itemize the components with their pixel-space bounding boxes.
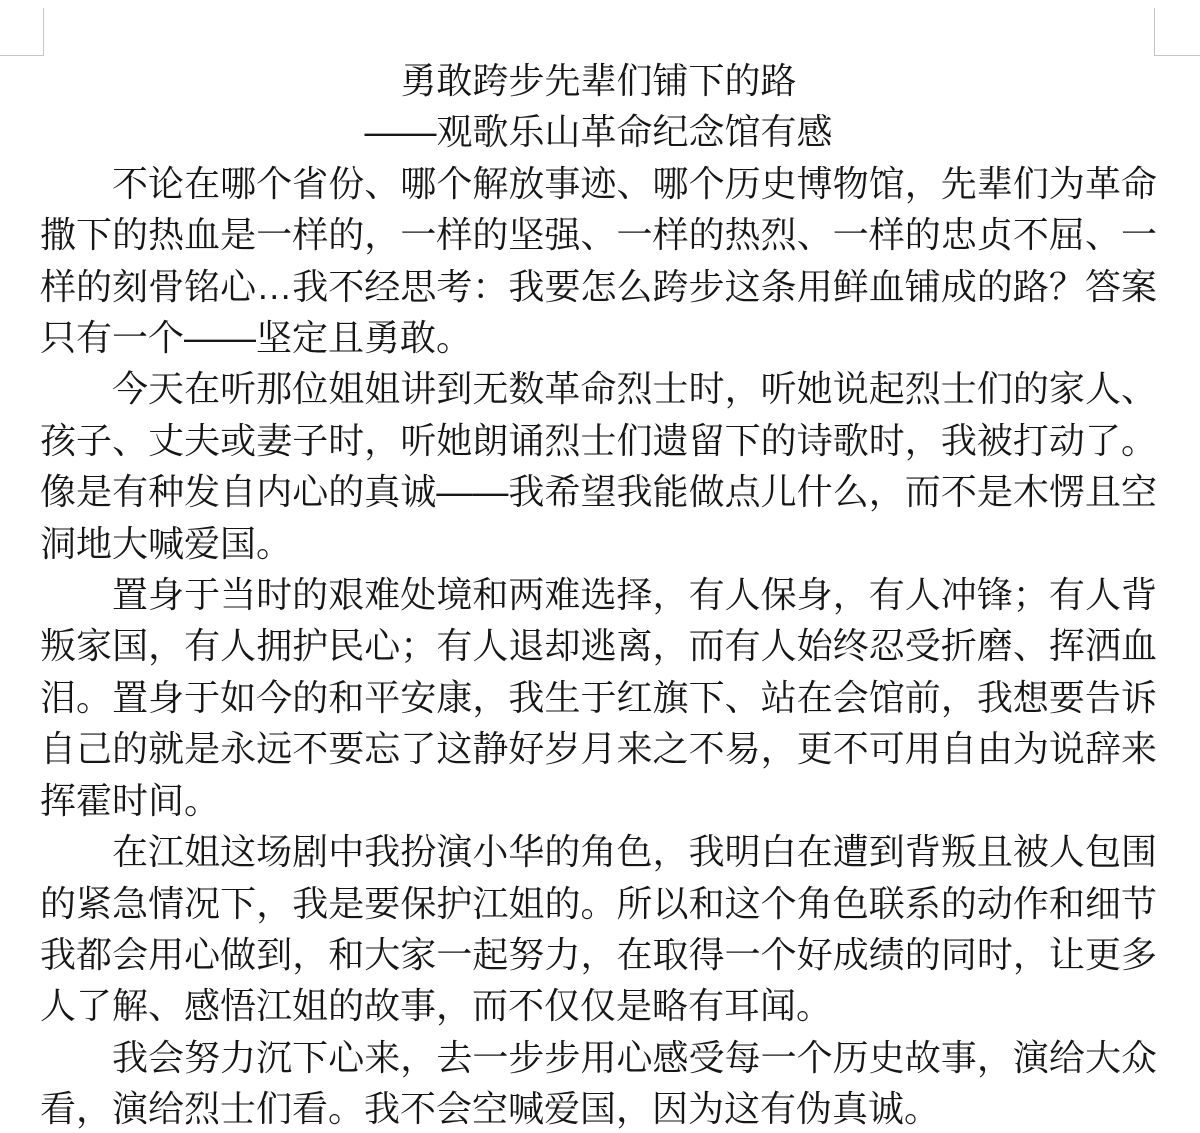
paragraph-4[interactable]: 在江姐这场剧中我扮演小华的角色，我明白在遭到背叛且被人包围的紧急情况下，我是要保… (40, 826, 1157, 1032)
text-boundary-mark-top-left (0, 8, 44, 56)
document-subtitle[interactable]: ——观歌乐山革命纪念馆有感 (40, 106, 1157, 157)
text-boundary-mark-top-right (1154, 8, 1200, 56)
paragraph-3[interactable]: 置身于当时的艰难处境和两难选择，有人保身，有人冲锋；有人背叛家国，有人拥护民心；… (40, 569, 1157, 826)
document-title[interactable]: 勇敢跨步先辈们铺下的路 (40, 55, 1157, 106)
document-text-area[interactable]: 勇敢跨步先辈们铺下的路 ——观歌乐山革命纪念馆有感 不论在哪个省份、哪个解放事迹… (40, 55, 1157, 1133)
paragraph-1[interactable]: 不论在哪个省份、哪个解放事迹、哪个历史博物馆，先辈们为革命撒下的热血是一样的，一… (40, 158, 1157, 364)
paragraph-2[interactable]: 今天在听那位姐姐讲到无数革命烈士时，听她说起烈士们的家人、孩子、丈夫或妻子时，听… (40, 363, 1157, 569)
paragraph-5[interactable]: 我会努力沉下心来，去一步步用心感受每一个历史故事，演给大众看，演给烈士们看。我不… (40, 1032, 1157, 1133)
document-page: 勇敢跨步先辈们铺下的路 ——观歌乐山革命纪念馆有感 不论在哪个省份、哪个解放事迹… (0, 0, 1200, 1133)
